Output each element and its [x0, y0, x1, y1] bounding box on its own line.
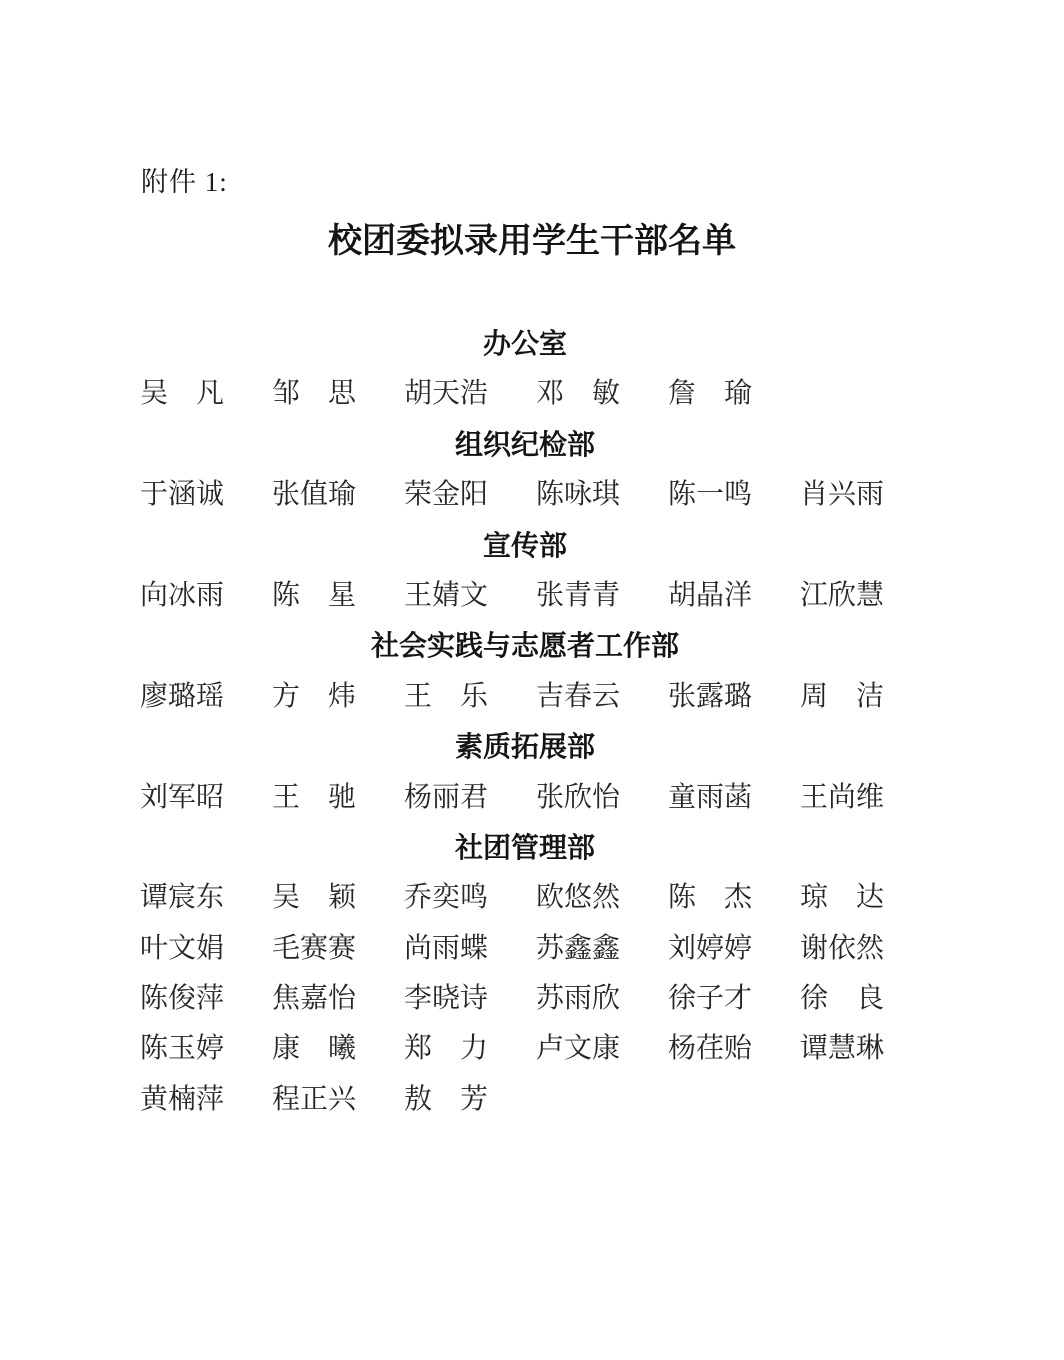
student-name: 刘婷婷	[668, 924, 752, 974]
student-name: 王尚维	[800, 773, 884, 823]
student-name: 谢依然	[800, 924, 884, 974]
student-name: 张欣怡	[536, 773, 620, 823]
student-name: 王 乐	[404, 672, 488, 722]
section-office: 办公室 吴 凡 邹 思 胡天浩 邓 敏 詹 瑜	[140, 319, 884, 420]
student-name: 卢文康	[536, 1024, 620, 1074]
name-row: 黄楠萍 程正兴 敖 芳	[140, 1075, 884, 1125]
name-row: 陈俊萍 焦嘉怡 李晓诗 苏雨欣 徐子才 徐 良	[140, 974, 884, 1024]
student-name: 焦嘉怡	[272, 974, 356, 1024]
student-name: 刘军昭	[140, 773, 224, 823]
student-name: 吴 颖	[272, 873, 356, 923]
student-name: 徐 良	[800, 974, 884, 1024]
student-name: 陈咏琪	[536, 470, 620, 520]
name-row: 叶文娟 毛赛赛 尚雨蝶 苏鑫鑫 刘婷婷 谢依然	[140, 924, 884, 974]
student-name: 杨丽君	[404, 773, 488, 823]
student-name: 琼 达	[800, 873, 884, 923]
attachment-label: 附件 1:	[141, 167, 228, 197]
student-name: 苏雨欣	[536, 974, 620, 1024]
student-name: 陈俊萍	[140, 974, 224, 1024]
section-publicity: 宣传部 向冰雨 陈 星 王婧文 张青青 胡晶洋 江欣慧	[140, 521, 884, 622]
student-name: 苏鑫鑫	[536, 924, 620, 974]
section-title: 组织纪检部	[140, 420, 884, 470]
name-row: 谭宸东 吴 颖 乔奕鸣 欧悠然 陈 杰 琼 达	[140, 873, 884, 923]
student-name: 詹 瑜	[668, 369, 752, 419]
student-name: 尚雨蝶	[404, 924, 488, 974]
student-name: 荣金阳	[404, 470, 488, 520]
document-page: { "document": { "attachment_label": "附件 …	[0, 0, 1064, 1360]
name-row: 吴 凡 邹 思 胡天浩 邓 敏 詹 瑜	[140, 369, 884, 419]
student-name: 陈 杰	[668, 873, 752, 923]
student-name: 陈 星	[272, 571, 356, 621]
student-name: 王婧文	[404, 571, 488, 621]
student-name: 李晓诗	[404, 974, 488, 1024]
student-name: 谭宸东	[140, 873, 224, 923]
student-name: 叶文娟	[140, 924, 224, 974]
section-organization-discipline-inspection: 组织纪检部 于涵诚 张值瑜 荣金阳 陈咏琪 陈一鸣 肖兴雨	[140, 420, 884, 521]
student-name: 吉春云	[536, 672, 620, 722]
section-title: 社团管理部	[140, 823, 884, 873]
student-name: 张青青	[536, 571, 620, 621]
section-quality-development: 素质拓展部 刘军昭 王 驰 杨丽君 张欣怡 童雨菡 王尚维	[140, 722, 884, 823]
student-name: 康 曦	[272, 1024, 356, 1074]
name-row: 向冰雨 陈 星 王婧文 张青青 胡晶洋 江欣慧	[140, 571, 884, 621]
student-name: 谭慧琳	[800, 1024, 884, 1074]
student-name: 乔奕鸣	[404, 873, 488, 923]
student-name: 吴 凡	[140, 369, 224, 419]
section-club-management: 社团管理部 谭宸东 吴 颖 乔奕鸣 欧悠然 陈 杰 琼 达 叶文娟 毛赛赛 尚雨…	[140, 823, 884, 1125]
student-name: 江欣慧	[800, 571, 884, 621]
student-name: 向冰雨	[140, 571, 224, 621]
student-name: 胡晶洋	[668, 571, 752, 621]
section-title: 宣传部	[140, 521, 884, 571]
name-row: 刘军昭 王 驰 杨丽君 张欣怡 童雨菡 王尚维	[140, 773, 884, 823]
document-title: 校团委拟录用学生干部名单	[0, 213, 1064, 262]
student-name: 邓 敏	[536, 369, 620, 419]
name-row: 陈玉婷 康 曦 郑 力 卢文康 杨荏贻 谭慧琳	[140, 1024, 884, 1074]
student-name: 陈玉婷	[140, 1024, 224, 1074]
student-name: 廖璐瑶	[140, 672, 224, 722]
student-name: 陈一鸣	[668, 470, 752, 520]
section-social-practice-volunteer-work: 社会实践与志愿者工作部 廖璐瑶 方 炜 王 乐 吉春云 张露璐 周 洁	[140, 621, 884, 722]
section-title: 社会实践与志愿者工作部	[140, 621, 884, 671]
student-name: 毛赛赛	[272, 924, 356, 974]
student-name: 杨荏贻	[668, 1024, 752, 1074]
section-title: 素质拓展部	[140, 722, 884, 772]
student-name: 王 驰	[272, 773, 356, 823]
student-name: 胡天浩	[404, 369, 488, 419]
section-title: 办公室	[140, 319, 884, 369]
name-row: 廖璐瑶 方 炜 王 乐 吉春云 张露璐 周 洁	[140, 672, 884, 722]
student-name: 周 洁	[800, 672, 884, 722]
document-body: 办公室 吴 凡 邹 思 胡天浩 邓 敏 詹 瑜 组织纪检部 于涵诚 张值瑜 荣金…	[140, 319, 884, 1125]
student-name: 徐子才	[668, 974, 752, 1024]
student-name: 张露璐	[668, 672, 752, 722]
name-row: 于涵诚 张值瑜 荣金阳 陈咏琪 陈一鸣 肖兴雨	[140, 470, 884, 520]
student-name: 方 炜	[272, 672, 356, 722]
student-name: 程正兴	[272, 1075, 356, 1125]
student-name: 于涵诚	[140, 470, 224, 520]
student-name: 敖 芳	[404, 1075, 488, 1125]
student-name: 肖兴雨	[800, 470, 884, 520]
student-name: 邹 思	[272, 369, 356, 419]
student-name: 童雨菡	[668, 773, 752, 823]
student-name: 郑 力	[404, 1024, 488, 1074]
student-name: 黄楠萍	[140, 1075, 224, 1125]
student-name: 张值瑜	[272, 470, 356, 520]
student-name: 欧悠然	[536, 873, 620, 923]
